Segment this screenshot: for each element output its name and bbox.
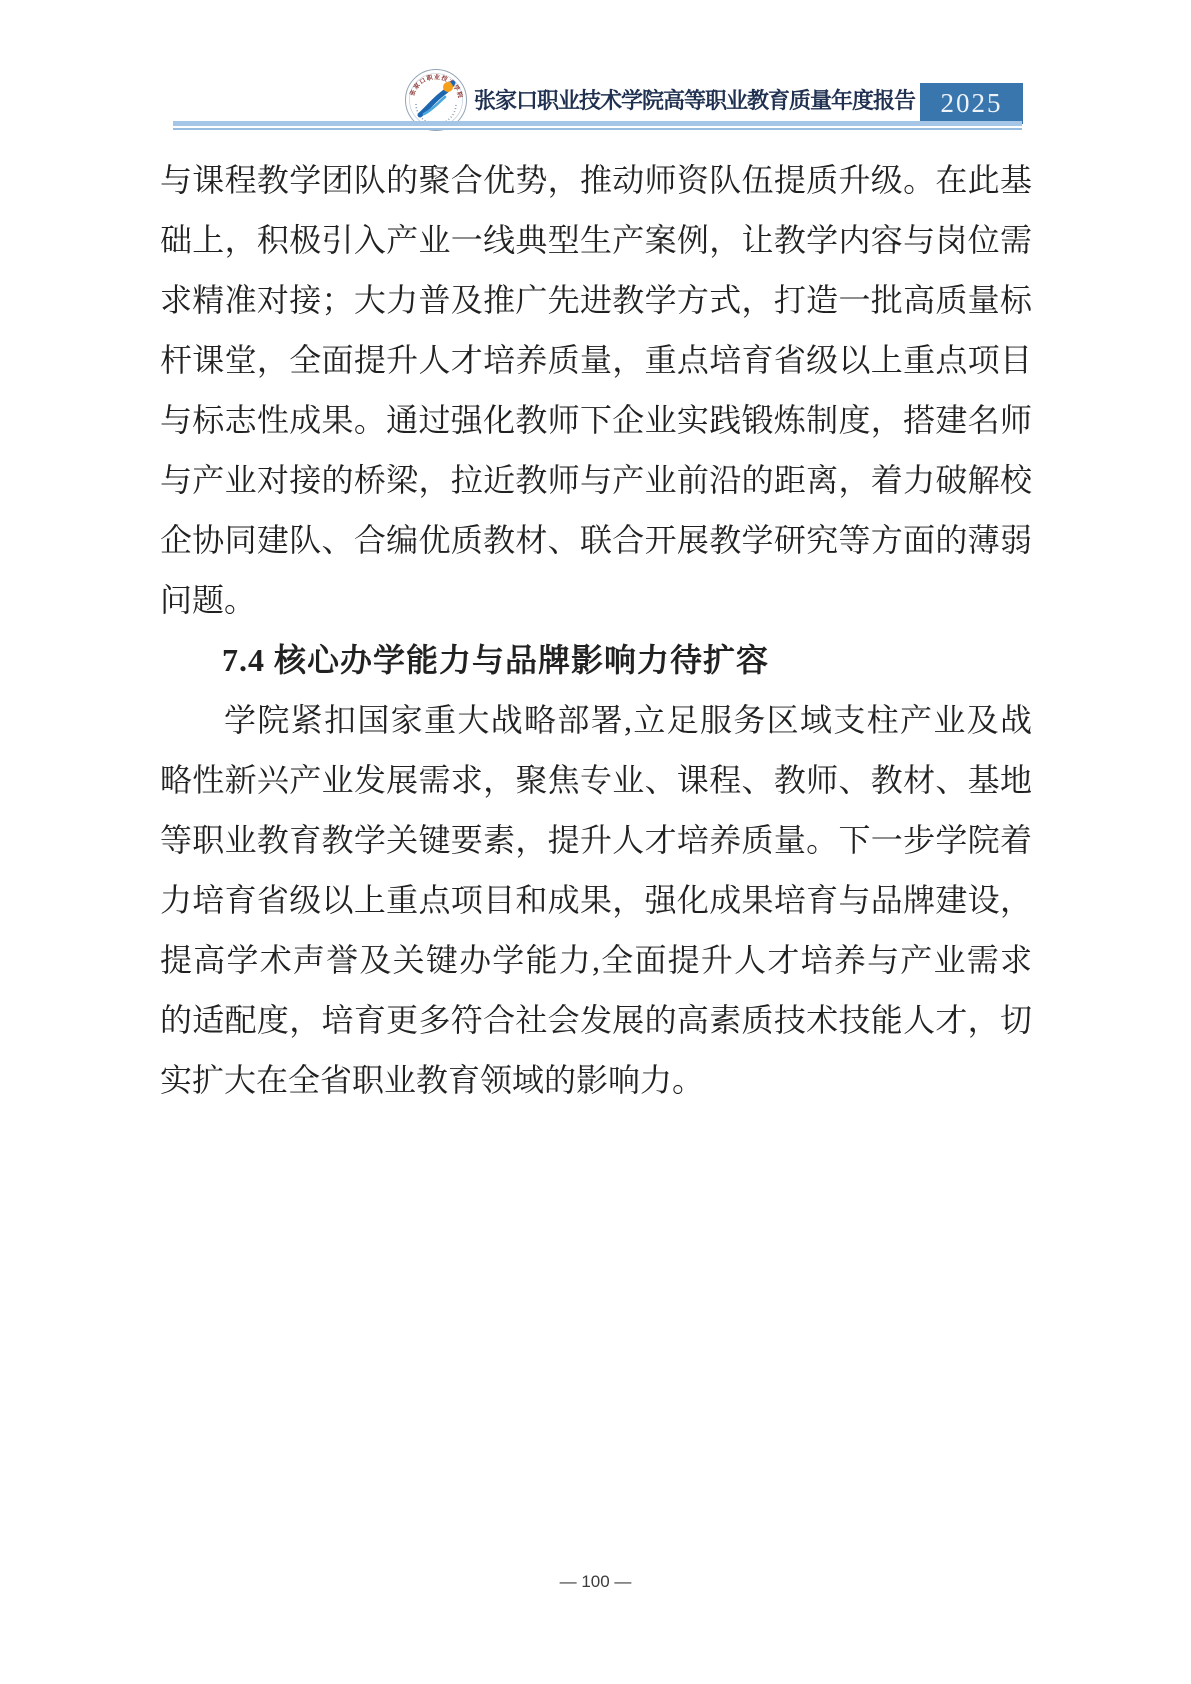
year-badge: 2025 [920,83,1023,124]
paragraph-line: 等职业教育教学关键要素，提升人才培养质量。下一步学院着 [160,810,1032,870]
report-title: 张家口职业技术学院高等职业教育质量年度报告 [474,84,924,115]
header-divider [173,121,1022,130]
paragraph-line: 与标志性成果。通过强化教师下企业实践锻炼制度，搭建名师 [160,390,1032,450]
paragraph-line: 求精准对接；大力普及推广先进教学方式，打造一批高质量标 [160,270,1032,330]
logo-sun [443,82,453,92]
paragraph-line: 实扩大在全省职业教育领域的影响力。 [160,1050,1032,1110]
paragraph-line: 的适配度，培育更多符合社会发展的高素质技术技能人才，切 [160,990,1032,1050]
page-number: — 100 — [0,1572,1191,1592]
report-page: 张家口职业技术学院 张家口职业技术学院高等职业教育质量年度报告 2025 与课程… [0,0,1191,1684]
paragraph-line: 问题。 [160,570,1032,630]
paragraph-line: 杆课堂，全面提升人才培养质量，重点培育省级以上重点项目 [160,330,1032,390]
paragraph-line: 提高学术声誉及关键办学能力,全面提升人才培养与产业需求 [160,930,1032,990]
paragraph-line: 础上，积极引入产业一线典型生产案例，让教学内容与岗位需 [160,210,1032,270]
page-header: 张家口职业技术学院 张家口职业技术学院高等职业教育质量年度报告 2025 [0,0,1191,140]
paragraph-line: 学院紧扣国家重大战略部署,立足服务区域支柱产业及战 [160,690,1032,750]
paragraph-line: 企协同建队、合编优质教材、联合开展教学研究等方面的薄弱 [160,510,1032,570]
paragraph-line: 与产业对接的桥梁，拉近教师与产业前沿的距离，着力破解校 [160,450,1032,510]
paragraph-line: 略性新兴产业发展需求，聚焦专业、课程、教师、教材、基地 [160,750,1032,810]
paragraph-line: 与课程教学团队的聚合优势，推动师资队伍提质升级。在此基 [160,150,1032,210]
section-heading-7-4: 7.4 核心办学能力与品牌影响力待扩容 [160,630,1032,690]
page-body: 与课程教学团队的聚合优势，推动师资队伍提质升级。在此基 础上，积极引入产业一线典… [160,150,1032,1110]
paragraph-line: 力培育省级以上重点项目和成果，强化成果培育与品牌建设， [160,870,1032,930]
